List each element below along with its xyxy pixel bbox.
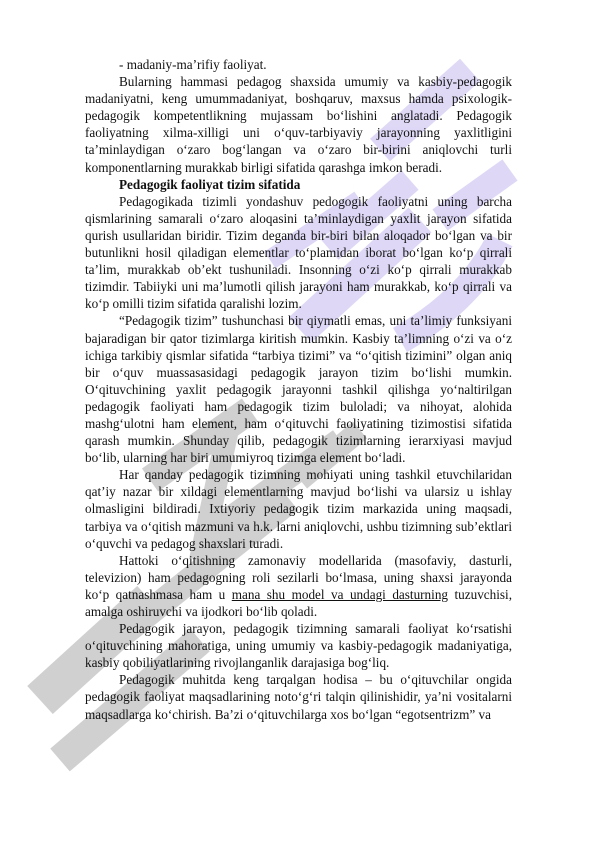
paragraph-1: - madaniy-ma’rifiy faoliyat. bbox=[85, 56, 512, 73]
paragraph-6: Hattoki o‘qitishning zamonaviy modellari… bbox=[85, 552, 512, 620]
section-heading: Pedagogik faoliyat tizim sifatida bbox=[85, 176, 512, 193]
paragraph-7: Pedagogik jarayon, pedagogik tizimning s… bbox=[85, 620, 512, 671]
paragraph-5: Har qanday pedagogik tizimning mohiyati … bbox=[85, 466, 512, 551]
paragraph-4: “Pedagogik tizim” tushunchasi bir qiymat… bbox=[85, 312, 512, 466]
document-page: - madaniy-ma’rifiy faoliyat. Bularning h… bbox=[0, 0, 596, 842]
underlined-phrase: mana shu model va undagi dasturning bbox=[232, 587, 448, 602]
paragraph-8: Pedagogik muhitda keng tarqalgan hodisa … bbox=[85, 671, 512, 722]
paragraph-2: Bularning hammasi pedagog shaxsida umumi… bbox=[85, 73, 512, 176]
document-body: - madaniy-ma’rifiy faoliyat. Bularning h… bbox=[85, 56, 512, 723]
paragraph-3: Pedagogikada tizimli yondashuv pedogogik… bbox=[85, 193, 512, 313]
